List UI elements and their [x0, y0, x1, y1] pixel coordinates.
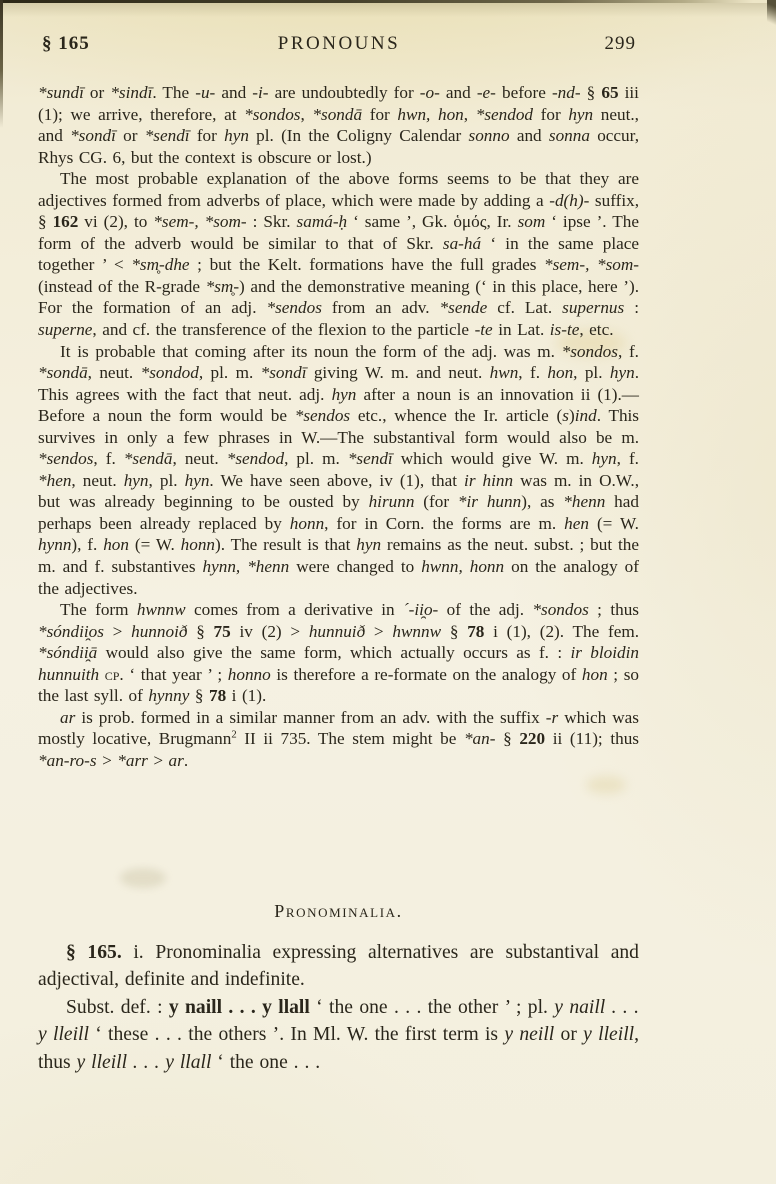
text-run: ). The result is that	[215, 535, 356, 554]
italic-run: hwn	[490, 363, 519, 382]
text-run: §	[187, 622, 213, 641]
text-run: from an adv.	[322, 298, 440, 317]
italic-run: *sendod	[476, 105, 533, 124]
bold-run: 65	[601, 83, 618, 102]
body-text-block: *sundī or *sindī. The -u- and -i- are un…	[38, 82, 639, 772]
italic-run: honno	[228, 665, 271, 684]
section-heading: Pronominalia.	[38, 901, 639, 922]
text-run: ), as	[521, 492, 563, 511]
paragraph: § 165. i. Pronominalia expressing altern…	[38, 939, 639, 994]
text-run: , etc.	[579, 320, 613, 339]
italic-run: honn	[290, 514, 324, 533]
italic-run: -o-	[420, 83, 440, 102]
italic-run: hwnn, honn	[421, 557, 504, 576]
text-run: , f.	[93, 449, 123, 468]
italic-run: *ir hunn	[458, 492, 521, 511]
text-run: iv (2) >	[231, 622, 309, 641]
paragraph: The most probable explanation of the abo…	[38, 168, 639, 340]
italic-run: ar	[60, 708, 75, 727]
text-run: : Skr.	[247, 212, 297, 231]
italic-run: *an-ro-s	[38, 751, 97, 770]
italic-run: *sóndii̯ā	[38, 643, 97, 662]
italic-run: sonno	[469, 126, 510, 145]
text-run: , pl. m.	[199, 363, 261, 382]
section-165-block: § 165. i. Pronominalia expressing altern…	[38, 939, 639, 1076]
italic-run: hwnnw	[137, 600, 186, 619]
italic-run: *sondī	[261, 363, 307, 382]
text-run: in Lat.	[493, 320, 550, 339]
italic-run: superne	[38, 320, 92, 339]
paragraph: It is probable that coming after its nou…	[38, 341, 639, 600]
text-run: ,	[300, 105, 312, 124]
italic-run: *sindī	[110, 83, 152, 102]
italic-run: *sundī	[38, 83, 84, 102]
text-run: ), f.	[71, 535, 103, 554]
italic-run: hunnoið	[131, 622, 187, 641]
scan-corner-mark	[767, 0, 776, 30]
italic-run: hynn, *henn	[203, 557, 290, 576]
italic-run: y lleill . . . y llall	[77, 1052, 212, 1073]
text-run: . We have seen above, iv (1), that	[209, 471, 464, 490]
italic-run: *hen	[38, 471, 71, 490]
text-run: of the adj.	[438, 600, 532, 619]
book-page-scan: § 165 PRONOUNS 299 *sundī or *sindī. The…	[0, 0, 776, 1184]
text-run: are undoubtedly for	[269, 83, 420, 102]
text-run: (= W.	[589, 514, 639, 533]
italic-run: ´-ii̯o-	[403, 600, 438, 619]
italic-run: sonna	[549, 126, 590, 145]
header-section-ref: § 165	[42, 33, 191, 55]
italic-run: hen	[564, 514, 589, 533]
italic-run: *sendī	[145, 126, 190, 145]
text-run: which would give W. m.	[393, 449, 592, 468]
italic-run: *sm̥-dhe	[131, 255, 189, 274]
scan-edge-top-shadow	[0, 3, 776, 17]
text-run: and	[215, 83, 252, 102]
bold-run: 220	[519, 729, 545, 748]
italic-run: hynny	[148, 686, 189, 705]
italic-run: *sondos	[244, 105, 300, 124]
text-run: It is probable that coming after its nou…	[60, 342, 562, 361]
bold-run: 162	[53, 212, 79, 231]
text-run: and	[510, 126, 549, 145]
italic-run: ind	[575, 406, 597, 425]
italic-run: *sondos	[532, 600, 588, 619]
italic-run: hynn	[38, 535, 71, 554]
italic-run: -u-	[195, 83, 215, 102]
text-run: Subst. def. :	[66, 997, 169, 1018]
text-run: ; but the Kelt. formations have the full…	[190, 255, 544, 274]
italic-run: *henn	[563, 492, 605, 511]
text-run: for	[190, 126, 225, 145]
text-run: :	[624, 298, 639, 317]
text-run: ,	[464, 105, 476, 124]
italic-run: hyn	[124, 471, 149, 490]
italic-run: *sondos	[562, 342, 618, 361]
bold-run: 75	[214, 622, 231, 641]
italic-run: hyn	[332, 385, 357, 404]
text-run: comes from a derivative in	[186, 600, 403, 619]
italic-run: *sendos	[267, 298, 322, 317]
italic-run: ir hinn	[464, 471, 513, 490]
paragraph: *sundī or *sindī. The -u- and -i- are un…	[38, 82, 639, 168]
italic-run: *sondā	[312, 105, 362, 124]
italic-run: samá-ḥ	[297, 212, 348, 231]
italic-run: hyn	[224, 126, 249, 145]
italic-run: honn	[181, 535, 215, 554]
italic-run: hon	[547, 363, 573, 382]
italic-run: ar	[169, 751, 184, 770]
italic-run: *sm̥-	[206, 277, 239, 296]
text-run: II ii 735. The stem might be	[237, 729, 464, 748]
italic-run: som	[518, 212, 546, 231]
paragraph: Subst. def. : y naill . . . y llall ‘ th…	[38, 994, 639, 1076]
text-run: §	[189, 686, 209, 705]
text-run: ‘ the one . . . the other ’ ; pl.	[310, 997, 554, 1018]
bold-run: y naill . . . y llall	[169, 997, 310, 1018]
italic-run: sa-há	[443, 234, 481, 253]
text-run: i (1).	[226, 686, 266, 705]
italic-run: *sendī	[348, 449, 393, 468]
italic-run: -i-	[252, 83, 268, 102]
italic-run: hyn	[592, 449, 617, 468]
text-run: ii (11); thus	[545, 729, 639, 748]
text-run: i (1), (2). The fem.	[484, 622, 639, 641]
italic-run: hwn, hon	[397, 105, 463, 124]
text-run: ‘ same ’, Gk. ὁμός, Ir.	[347, 212, 517, 231]
text-run: is therefore a re-formate on the analogy…	[271, 665, 582, 684]
text-run: or	[554, 1024, 583, 1045]
italic-run: hyn	[568, 105, 593, 124]
text-run: >	[104, 622, 131, 641]
text-run: (= W.	[129, 535, 181, 554]
text-run: giving W. m. and neut.	[306, 363, 489, 382]
italic-run: hwnnw	[392, 622, 441, 641]
text-run: >	[148, 751, 169, 770]
text-run: is prob. formed in a similar manner from…	[75, 708, 545, 727]
italic-run: -te	[475, 320, 493, 339]
italic-run: *sendā	[124, 449, 173, 468]
italic-run: *sendos	[38, 449, 93, 468]
text-run: , neut.	[88, 363, 141, 382]
italic-run: is-te	[550, 320, 580, 339]
text-run: would also give the same form, which act…	[97, 643, 570, 662]
italic-run: hyn	[610, 363, 635, 382]
text-run: or	[84, 83, 110, 102]
text-run: etc., whence the Ir. article (	[350, 406, 562, 425]
text-run: i. Pronominalia expressing alternatives …	[38, 942, 639, 990]
bold-run: 78	[209, 686, 226, 705]
text-run: ‘ that year ’ ;	[124, 665, 228, 684]
text-run: , and cf. the transference of the flexio…	[92, 320, 474, 339]
running-title: PRONOUNS	[191, 33, 488, 55]
italic-run: hyn	[356, 535, 381, 554]
text-run: or	[116, 126, 145, 145]
smallcaps-run: cp.	[105, 665, 124, 684]
text-run: (instead of the R-grade	[38, 277, 206, 296]
text-run: for	[533, 105, 568, 124]
text-run: , pl.	[573, 363, 610, 382]
italic-run: *sondod	[141, 363, 199, 382]
italic-run: hon	[103, 535, 129, 554]
text-run: , neut.	[173, 449, 227, 468]
text-run: §	[495, 729, 519, 748]
text-run: ; thus	[589, 600, 639, 619]
italic-run: *an-	[464, 729, 496, 748]
text-run: , for in Corn. the forms are m.	[324, 514, 564, 533]
text-run: .	[184, 751, 188, 770]
text-run: §	[581, 83, 602, 102]
italic-run: hirunn	[369, 492, 415, 511]
paper-stain	[586, 776, 626, 794]
italic-run: -e-	[477, 83, 496, 102]
italic-run: *sem-, *som-	[544, 255, 639, 274]
text-run: The form	[60, 600, 137, 619]
text-run: >	[97, 751, 118, 770]
italic-run: s	[562, 406, 569, 425]
italic-run: *sende	[440, 298, 488, 317]
italic-run: *sendod	[227, 449, 284, 468]
page-number: 299	[488, 33, 637, 55]
italic-run: *sóndii̯os	[38, 622, 104, 641]
text-run: ‘ these . . . the others ’. In Ml. W. th…	[89, 1024, 504, 1045]
text-run: (for	[414, 492, 458, 511]
text-run: cf. Lat.	[487, 298, 562, 317]
scan-edge-left	[0, 0, 3, 128]
bold-run: 78	[467, 622, 484, 641]
text-run: , neut.	[71, 471, 123, 490]
italic-run: -d(h)-	[549, 191, 589, 210]
text-run: , pl.	[149, 471, 185, 490]
text-run: ‘ the one . . .	[211, 1052, 320, 1073]
bold-run: § 165.	[66, 942, 122, 963]
text-run: >	[365, 622, 392, 641]
italic-run: -r	[546, 708, 558, 727]
italic-run: *sondā	[38, 363, 88, 382]
italic-run: supernus	[562, 298, 624, 317]
text-run: . The	[152, 83, 195, 102]
paper-stain	[120, 868, 166, 888]
text-run: , f.	[617, 449, 639, 468]
paragraph: ar is prob. formed in a similar manner f…	[38, 707, 639, 772]
paragraph: The form hwnnw comes from a derivative i…	[38, 599, 639, 707]
text-run: were changed to	[289, 557, 421, 576]
italic-run: *sendos	[295, 406, 350, 425]
text-run: vi (2), to	[78, 212, 153, 231]
text-run: before	[496, 83, 552, 102]
italic-run: *sem-, *som-	[153, 212, 246, 231]
italic-run: *arr	[117, 751, 148, 770]
italic-run: y neill	[504, 1024, 554, 1045]
page-header: § 165 PRONOUNS 299	[42, 33, 636, 55]
text-run: , pl. m.	[284, 449, 348, 468]
italic-run: hunnuið	[309, 622, 365, 641]
italic-run: y lleill	[583, 1024, 634, 1045]
italic-run: -nd-	[552, 83, 581, 102]
text-run: §	[441, 622, 467, 641]
text-run: , f.	[618, 342, 639, 361]
text-run: and	[440, 83, 477, 102]
italic-run: *sondī	[70, 126, 116, 145]
text-run: for	[362, 105, 397, 124]
text-run: pl. (In the Coligny Calendar	[249, 126, 469, 145]
italic-run: hon	[582, 665, 608, 684]
italic-run: hyn	[185, 471, 210, 490]
text-run: , f.	[518, 363, 547, 382]
